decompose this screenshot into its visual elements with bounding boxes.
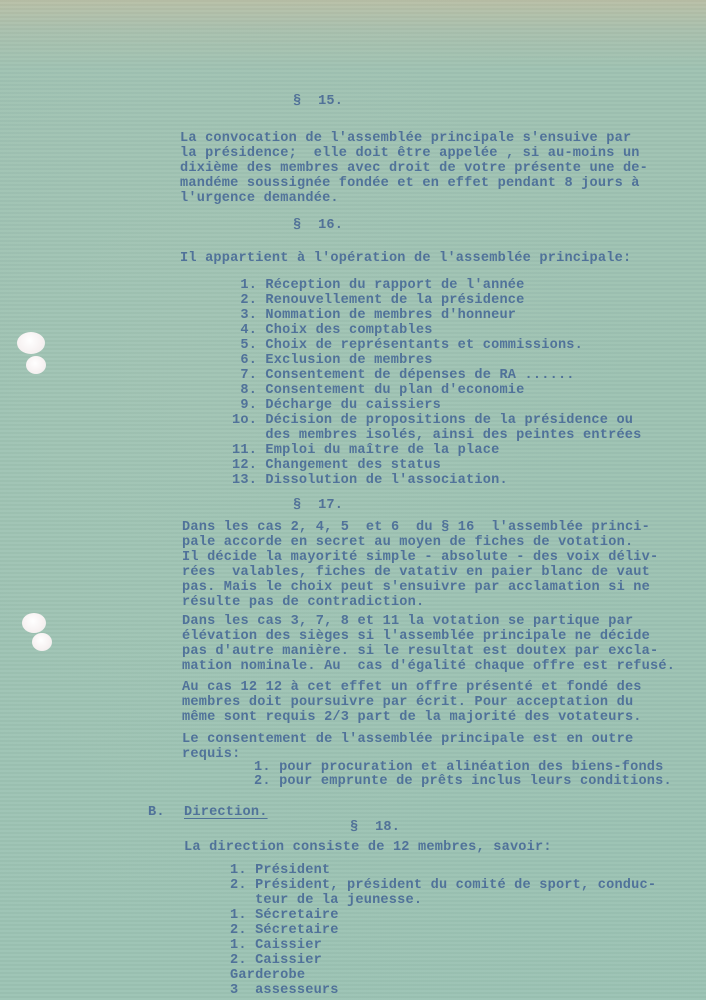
list-item: 3. Nommation de membres d'honneur: [232, 308, 516, 323]
list-item: 6. Exclusion de membres: [232, 353, 433, 368]
list-item: 4. Choix des comptables: [232, 323, 433, 338]
list-item: 2. Caissier: [230, 953, 322, 968]
list-item: 2. Sécretaire: [230, 923, 339, 938]
punch-hole: [22, 613, 46, 633]
punch-hole: [32, 633, 52, 651]
text-line: requis:: [182, 747, 241, 762]
text-line: l'urgence demandée.: [180, 191, 339, 206]
text-line: dixième des membres avec droit de votre …: [180, 161, 648, 176]
list-item: 1. Président: [230, 863, 330, 878]
list-item: 1. Sécretaire: [230, 908, 339, 923]
section-18-intro: La direction consiste de 12 membres, sav…: [184, 840, 552, 855]
list-item: 13. Dissolution de l'association.: [232, 473, 508, 488]
section-16-heading: § 16.: [293, 218, 343, 233]
text-line: élévation des sièges si l'assemblée prin…: [182, 629, 650, 644]
list-item: 2. pour emprunte de prêts inclus leurs c…: [254, 774, 672, 789]
section-18-heading: § 18.: [350, 820, 400, 835]
list-item: 11. Emploi du maître de la place: [232, 443, 499, 458]
section-17-heading: § 17.: [293, 498, 343, 513]
text-line: Au cas 12 12 à cet effet un offre présen…: [182, 680, 642, 695]
text-line: membres doit poursuivre par écrit. Pour …: [182, 695, 633, 710]
list-item: 9. Décharge du caissiers: [232, 398, 441, 413]
list-item: 7. Consentement de dépenses de RA ......: [232, 368, 575, 383]
section-16-intro: Il appartient à l'opération de l'assembl…: [180, 251, 631, 266]
text-line: mation nominale. Au cas d'égalité chaque…: [182, 659, 675, 674]
list-item: 3 assesseurs: [230, 983, 339, 998]
list-item: 1. Réception du rapport de l'année: [232, 278, 525, 293]
text-line: Dans les cas 3, 7, 8 et 11 la votation s…: [182, 614, 633, 629]
list-item: des membres isolés, ainsi des peintes en…: [232, 428, 642, 443]
text-line: la présidence; elle doit être appelée , …: [180, 146, 640, 161]
text-line: rées valables, fiches de vatativ en paie…: [182, 565, 650, 580]
text-line: Il décide la mayorité simple - absolute …: [182, 550, 658, 565]
text-line: résulte pas de contradiction.: [182, 595, 424, 610]
text-line: pas d'autre manière. si le resultat est …: [182, 644, 658, 659]
list-item: 1. Caissier: [230, 938, 322, 953]
text-line: La convocation de l'assemblée principale…: [180, 131, 631, 146]
text-line: pas. Mais le choix peut s'ensuivre par a…: [182, 580, 650, 595]
section-b-title: Direction.: [184, 805, 268, 820]
text-line: même sont requis 2/3 part de la majorité…: [182, 710, 642, 725]
list-item: 5. Choix de représentants et commissions…: [232, 338, 583, 353]
text-line: pale accorde en secret au moyen de fiche…: [182, 535, 633, 550]
text-line: Dans les cas 2, 4, 5 et 6 du § 16 l'asse…: [182, 520, 650, 535]
punch-hole: [26, 356, 46, 374]
list-item: 2. Président, président du comité de spo…: [230, 878, 656, 893]
text-line: Le consentement de l'assemblée principal…: [182, 732, 633, 747]
text-line: mandéme soussignée fondée et en effet pe…: [180, 176, 640, 191]
list-item: 8. Consentement du plan d'economie: [232, 383, 525, 398]
list-item: 2. Renouvellement de la présidence: [232, 293, 525, 308]
list-item: Garderobe: [230, 968, 305, 983]
punch-hole: [17, 332, 45, 354]
list-item: 1o. Décision de propositions de la prési…: [232, 413, 633, 428]
list-item: 1. pour procuration et alinéation des bi…: [254, 760, 664, 775]
list-item: 12. Changement des status: [232, 458, 441, 473]
list-item: teur de la jeunesse.: [230, 893, 422, 908]
section-b-letter: B.: [148, 805, 165, 820]
section-15-heading: § 15.: [293, 94, 343, 109]
